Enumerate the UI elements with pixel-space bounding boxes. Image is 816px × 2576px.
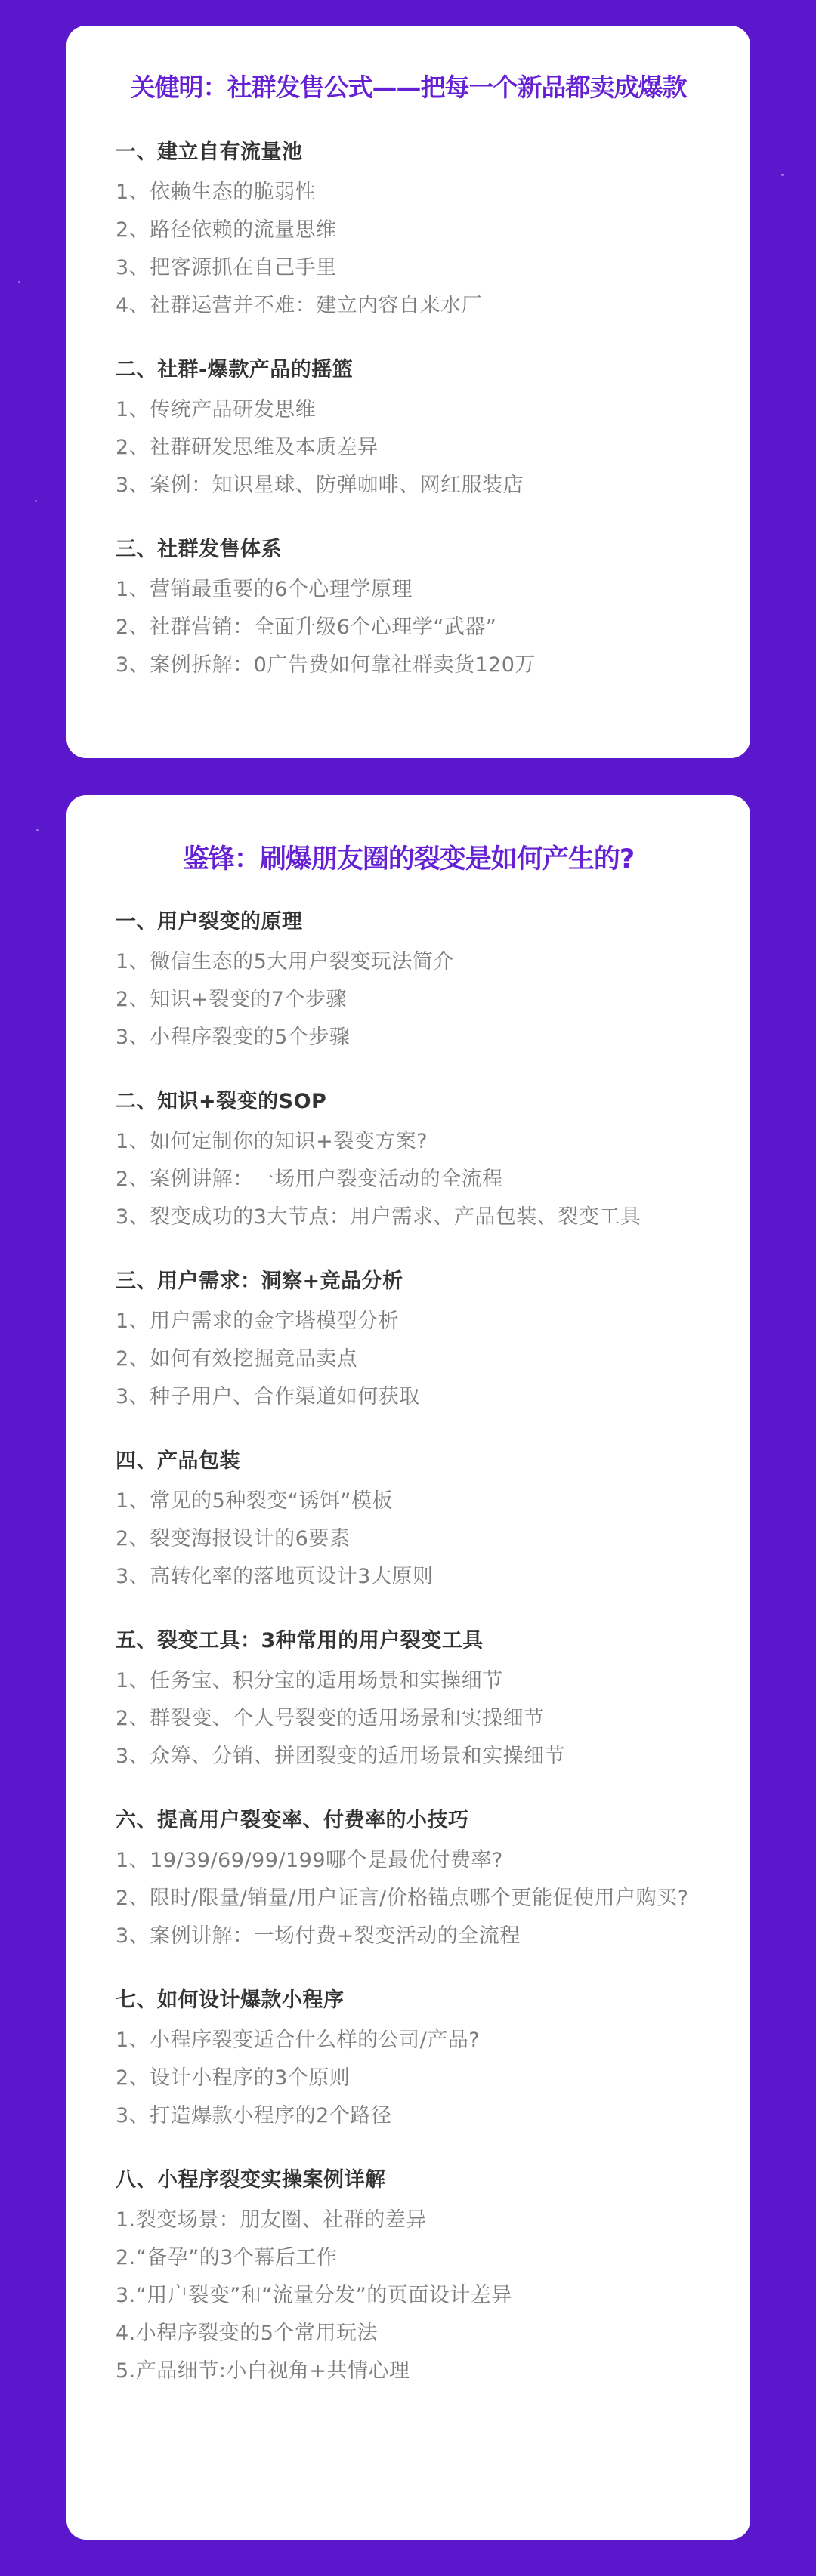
section-heading: 三、用户需求：洞察+竞品分析: [116, 1266, 712, 1297]
list-item: 2、案例讲解：一场用户裂变活动的全流程: [116, 1164, 712, 1195]
section-heading: 二、社群-爆款产品的摇篮: [116, 355, 712, 385]
list-item: 1、微信生态的5大用户裂变玩法简介: [116, 946, 712, 978]
section-heading: 五、裂变工具：3种常用的用户裂变工具: [116, 1626, 712, 1656]
section-heading: 二、知识+裂变的SOP: [116, 1087, 712, 1117]
list-item: 1、常见的5种裂变“诱饵”模板: [116, 1485, 712, 1517]
list-item: 2、设计小程序的3个原则: [116, 2062, 712, 2094]
outline-section: 四、产品包装 1、常见的5种裂变“诱饵”模板 2、裂变海报设计的6要素 3、高转…: [116, 1446, 712, 1593]
section-heading: 八、小程序裂变实操案例详解: [116, 2165, 712, 2195]
list-item: 3.“用户裂变”和“流量分发”的页面设计差异: [116, 2280, 712, 2312]
sparkle-dot: [36, 829, 39, 831]
list-item: 2、如何有效挖掘竞品卖点: [116, 1344, 712, 1375]
outline-section: 三、社群发售体系 1、营销最重要的6个心理学原理 2、社群营销：全面升级6个心理…: [116, 535, 712, 681]
list-item: 1、小程序裂变适合什么样的公司/产品?: [116, 2025, 712, 2056]
outline: 一、用户裂变的原理 1、微信生态的5大用户裂变玩法简介 2、知识+裂变的7个步骤…: [116, 907, 712, 2420]
list-item: 2、社群营销：全面升级6个心理学“武器”: [116, 612, 712, 643]
outline-section: 二、知识+裂变的SOP 1、如何定制你的知识+裂变方案? 2、案例讲解：一场用户…: [116, 1087, 712, 1233]
course-card-2: 鉴锋：刷爆朋友圈的裂变是如何产生的? 一、用户裂变的原理 1、微信生态的5大用户…: [66, 795, 750, 2540]
list-item: 3、高转化率的落地页设计3大原则: [116, 1561, 712, 1593]
list-item: 3、案例：知识星球、防弹咖啡、网红服装店: [116, 470, 712, 501]
outline-section: 六、提高用户裂变率、付费率的小技巧 1、19/39/69/99/199哪个是最优…: [116, 1806, 712, 1952]
sparkle-dot: [18, 281, 20, 283]
list-item: 4、社群运营并不难：建立内容自来水厂: [116, 290, 712, 322]
card-title: 关健明：社群发售公式——把每一个新品都卖成爆款: [66, 71, 750, 104]
list-item: 3、案例拆解：0广告费如何靠社群卖货120万: [116, 649, 712, 681]
sparkle-dot: [781, 174, 784, 176]
list-item: 2、群裂变、个人号裂变的适用场景和实操细节: [116, 1703, 712, 1735]
list-item: 3、打造爆款小程序的2个路径: [116, 2100, 712, 2132]
list-item: 1、依赖生态的脆弱性: [116, 177, 712, 208]
outline-section: 一、建立自有流量池 1、依赖生态的脆弱性 2、路径依赖的流量思维 3、把客源抓在…: [116, 137, 712, 322]
list-item: 3、案例讲解：一场付费+裂变活动的全流程: [116, 1920, 712, 1952]
list-item: 3、种子用户、合作渠道如何获取: [116, 1381, 712, 1413]
list-item: 5.产品细节:小白视角+共情心理: [116, 2355, 712, 2387]
list-item: 3、把客源抓在自己手里: [116, 252, 712, 284]
section-heading: 三、社群发售体系: [116, 535, 712, 565]
list-item: 2、知识+裂变的7个步骤: [116, 984, 712, 1016]
sparkle-dot: [35, 500, 37, 502]
list-item: 3、裂变成功的3大节点：用户需求、产品包装、裂变工具: [116, 1202, 712, 1233]
list-item: 1、营销最重要的6个心理学原理: [116, 574, 712, 606]
section-heading: 六、提高用户裂变率、付费率的小技巧: [116, 1806, 712, 1836]
list-item: 1、传统产品研发思维: [116, 394, 712, 426]
outline-section: 五、裂变工具：3种常用的用户裂变工具 1、任务宝、积分宝的适用场景和实操细节 2…: [116, 1626, 712, 1772]
card-title: 鉴锋：刷爆朋友圈的裂变是如何产生的?: [66, 842, 750, 877]
course-card-1: 关健明：社群发售公式——把每一个新品都卖成爆款 一、建立自有流量池 1、依赖生态…: [66, 26, 750, 758]
list-item: 1、用户需求的金字塔模型分析: [116, 1306, 712, 1337]
list-item: 1、19/39/69/99/199哪个是最优付费率?: [116, 1845, 712, 1877]
outline: 一、建立自有流量池 1、依赖生态的脆弱性 2、路径依赖的流量思维 3、把客源抓在…: [116, 137, 712, 714]
list-item: 1、如何定制你的知识+裂变方案?: [116, 1126, 712, 1158]
list-item: 4.小程序裂变的5个常用玩法: [116, 2318, 712, 2349]
section-heading: 四、产品包装: [116, 1446, 712, 1476]
section-heading: 一、建立自有流量池: [116, 137, 712, 168]
list-item: 2.“备孕”的3个幕后工作: [116, 2242, 712, 2274]
list-item: 3、小程序裂变的5个步骤: [116, 1022, 712, 1054]
list-item: 2、裂变海报设计的6要素: [116, 1523, 712, 1555]
list-item: 1.裂变场景：朋友圈、社群的差异: [116, 2204, 712, 2236]
outline-section: 八、小程序裂变实操案例详解 1.裂变场景：朋友圈、社群的差异 2.“备孕”的3个…: [116, 2165, 712, 2387]
outline-section: 七、如何设计爆款小程序 1、小程序裂变适合什么样的公司/产品? 2、设计小程序的…: [116, 1985, 712, 2132]
section-heading: 一、用户裂变的原理: [116, 907, 712, 937]
section-heading: 七、如何设计爆款小程序: [116, 1985, 712, 2016]
list-item: 2、社群研发思维及本质差异: [116, 432, 712, 464]
list-item: 3、众筹、分销、拼团裂变的适用场景和实操细节: [116, 1741, 712, 1772]
outline-section: 三、用户需求：洞察+竞品分析 1、用户需求的金字塔模型分析 2、如何有效挖掘竞品…: [116, 1266, 712, 1413]
outline-section: 一、用户裂变的原理 1、微信生态的5大用户裂变玩法简介 2、知识+裂变的7个步骤…: [116, 907, 712, 1054]
list-item: 1、任务宝、积分宝的适用场景和实操细节: [116, 1665, 712, 1697]
list-item: 2、限时/限量/销量/用户证言/价格锚点哪个更能促使用户购买?: [116, 1883, 712, 1914]
outline-section: 二、社群-爆款产品的摇篮 1、传统产品研发思维 2、社群研发思维及本质差异 3、…: [116, 355, 712, 501]
list-item: 2、路径依赖的流量思维: [116, 214, 712, 246]
